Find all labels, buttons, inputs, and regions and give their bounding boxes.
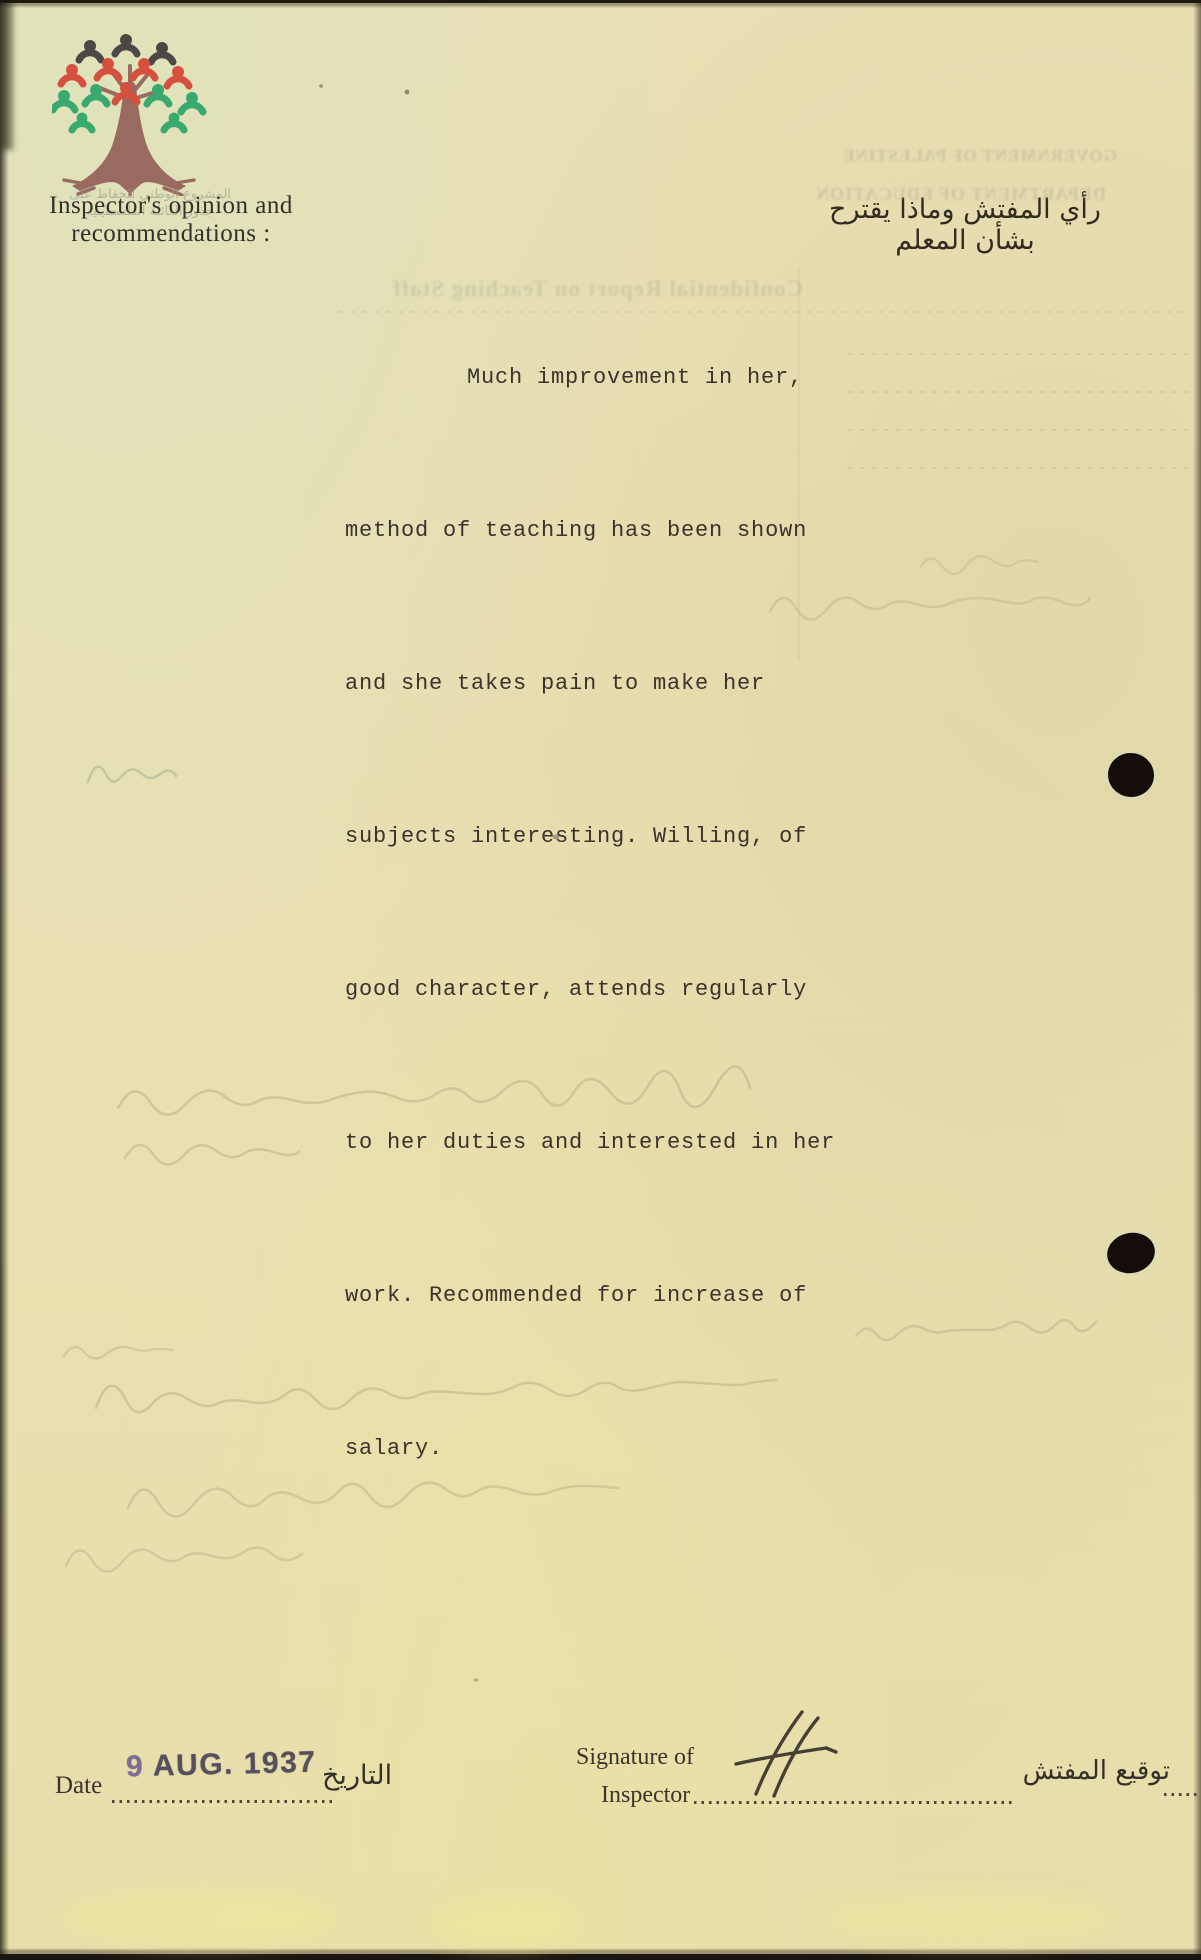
ink-blot-dot bbox=[1103, 1228, 1159, 1278]
date-stamp: 9 AUG. 1937 bbox=[126, 1746, 317, 1785]
inspector-opinion-label: Inspector's opinion and recommendations … bbox=[28, 192, 314, 248]
arabic-date-label: التاريخ bbox=[322, 1760, 392, 1791]
paper-stain bbox=[60, 1888, 340, 1948]
arabic-signature-label: توقيع المفتش bbox=[1018, 1756, 1170, 1786]
ghost-text-department: DEPARTMENT OF EDUCATION bbox=[878, 184, 1106, 205]
date-stamp-rest: AUG. 1937 bbox=[144, 1746, 317, 1783]
typed-evaluation-text: Much improvement in her, method of teach… bbox=[345, 250, 925, 1576]
paper-stain bbox=[820, 1890, 1120, 1948]
typed-line: subjects interesting. Willing, of bbox=[345, 811, 925, 862]
scanned-document-page: المشروع الوطني للحفاظ على جذور العائلة ا… bbox=[0, 0, 1201, 1960]
date-dotted-line bbox=[112, 1800, 336, 1803]
inspector-opinion-label-line2: recommendations : bbox=[28, 220, 314, 248]
typed-line: salary. bbox=[345, 1423, 925, 1474]
typed-line: and she takes pain to make her bbox=[345, 658, 925, 709]
paper-edge-right bbox=[1193, 0, 1201, 1960]
paper-edge-left bbox=[0, 0, 9, 1960]
signature-dotted-line-tail bbox=[1164, 1793, 1198, 1796]
typed-line: work. Recommended for increase of bbox=[345, 1270, 925, 1321]
paper-corner-shadow bbox=[0, 0, 13, 150]
date-label: Date bbox=[55, 1772, 102, 1800]
date-stamp-day: 9 bbox=[126, 1750, 145, 1783]
typed-line: good character, attends regularly bbox=[345, 964, 925, 1015]
inspector-opinion-label-line1: Inspector's opinion and bbox=[28, 192, 314, 220]
paper-edge-bottom bbox=[0, 1948, 1201, 1960]
ghost-text-government: GOVERNMENT OF PALESTINE bbox=[902, 146, 1117, 166]
paper-stain bbox=[430, 1896, 580, 1951]
paper-edge-top bbox=[0, 0, 1201, 8]
typed-line: method of teaching has been shown bbox=[345, 505, 925, 556]
signature-label-line2: Inspector bbox=[601, 1782, 690, 1809]
typed-line: to her duties and interested in her bbox=[345, 1117, 925, 1168]
family-tree-logo bbox=[52, 30, 208, 196]
inspector-signature-mark bbox=[728, 1700, 848, 1805]
typed-line: Much improvement in her, bbox=[345, 352, 925, 403]
ink-blot-dot bbox=[1105, 750, 1157, 800]
signature-label-line1: Signature of bbox=[576, 1744, 694, 1771]
